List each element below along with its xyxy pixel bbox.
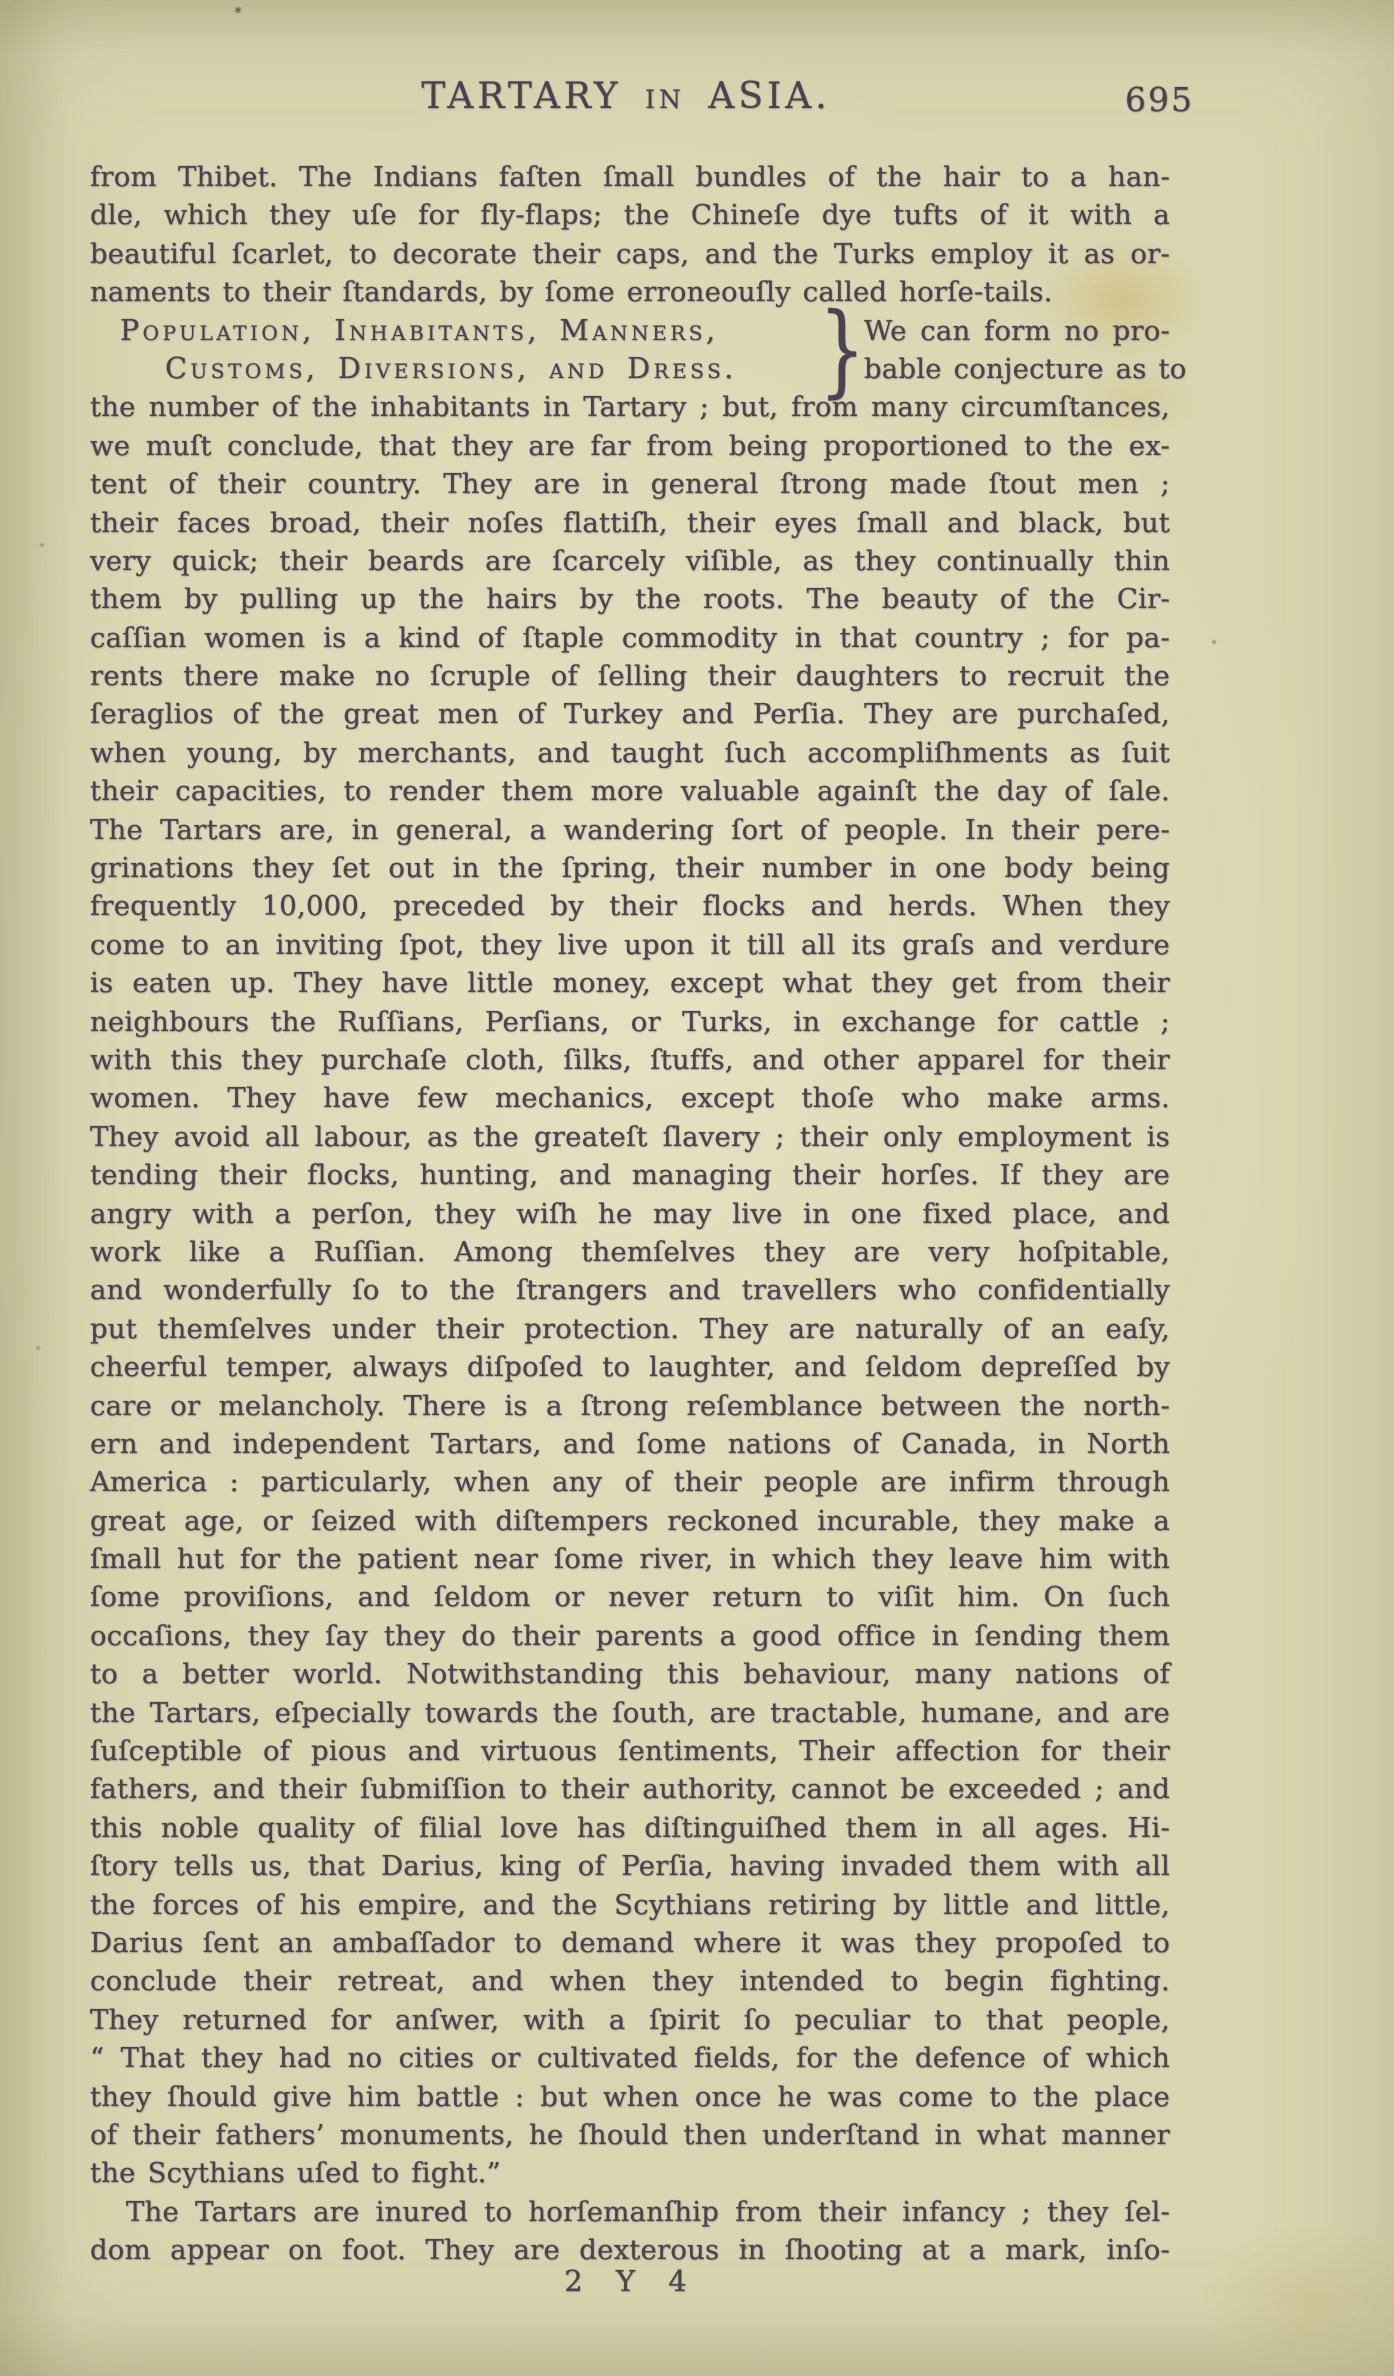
text-line: tending their flocks, hunting, and manag… [90, 1156, 1170, 1194]
text-line: dle, which they uſe for fly-flaps; the C… [90, 196, 1170, 234]
text-line: the Scythians uſed to fight.” [90, 2154, 1170, 2192]
book-page: TARTARY in ASIA. 695 from Thibet. The In… [0, 0, 1394, 2376]
paragraph-horsemanship: The Tartars are inured to horſemanſhip f… [90, 2193, 1170, 2270]
text-line: rents there make no ſcruple of ſelling t… [90, 657, 1170, 695]
section-heading-line-2: Customs, Diversions, and Dress. [90, 350, 812, 388]
text-line: women. They have few mechanics, except t… [90, 1079, 1170, 1117]
text-line: “ That they had no cities or cultivated … [90, 2039, 1170, 2077]
text-line: they ſhould give him battle : but when o… [90, 2078, 1170, 2116]
text-line: conclude their retreat, and when they in… [90, 1962, 1170, 2000]
text-line: we muſt conclude, that they are far from… [90, 427, 1170, 465]
page-header: TARTARY in ASIA. 695 [90, 76, 1170, 122]
section-side-text: We can form no pro- bable conjecture as … [864, 312, 1170, 389]
section-heading-block: Population, Inhabitants, Manners, Custom… [90, 312, 1170, 389]
text-line: frequently 10,000, preceded by their flo… [90, 887, 1170, 925]
text-line: Darius ſent an ambaſſador to demand wher… [90, 1924, 1170, 1962]
paragraph-population: the number of the inhabitants in Tartary… [90, 388, 1170, 2192]
text-line: this noble quality of filial love has di… [90, 1809, 1170, 1847]
text-line: beautiful ſcarlet, to decorate their cap… [90, 235, 1170, 273]
section-heading-lines: Population, Inhabitants, Manners, Custom… [90, 312, 812, 389]
paragraph-continuation: from Thibet. The Indians faſten ſmall bu… [90, 158, 1170, 312]
text-line: ſmall hut for the patient near ſome rive… [90, 1540, 1170, 1578]
side-text-line: bable conjecture as to [864, 350, 1170, 388]
text-line: They avoid all labour, as the greateſt ſ… [90, 1118, 1170, 1156]
text-line: occaſions, they ſay they do their parent… [90, 1617, 1170, 1655]
text-line: caſſian women is a kind of ſtaple commod… [90, 619, 1170, 657]
text-line: is eaten up. They have little money, exc… [90, 964, 1170, 1002]
text-line: great age, or ſeized with diſtempers rec… [90, 1502, 1170, 1540]
page-number: 695 [1125, 80, 1194, 119]
text-line: come to an inviting ſpot, they live upon… [90, 926, 1170, 964]
text-line: grinations they ſet out in the ſpring, t… [90, 849, 1170, 887]
text-line: ſome proviſions, and ſeldom or never ret… [90, 1578, 1170, 1616]
side-text-line: We can form no pro- [864, 312, 1170, 350]
text-line: They returned for anſwer, with a ſpirit … [90, 2001, 1170, 2039]
text-line: ſtory tells us, that Darius, king of Per… [90, 1847, 1170, 1885]
text-line: ſuſceptible of pious and virtuous ſentim… [90, 1732, 1170, 1770]
text-line: their capacities, to render them more va… [90, 772, 1170, 810]
text-line: work like a Ruſſian. Among themſelves th… [90, 1233, 1170, 1271]
text-line: ſeraglios of the great men of Turkey and… [90, 695, 1170, 733]
printers-signature: 2 Y 4 [90, 2264, 1170, 2298]
text-line: and wonderfully ſo to the ſtrangers and … [90, 1271, 1170, 1309]
text-line: put themſelves under their protection. T… [90, 1310, 1170, 1348]
text-line: America : particularly, when any of thei… [90, 1463, 1170, 1501]
section-heading-line-1: Population, Inhabitants, Manners, [90, 312, 812, 350]
text-line: angry with a perſon, they wiſh he may li… [90, 1195, 1170, 1233]
text-line: from Thibet. The Indians faſten ſmall bu… [90, 158, 1170, 196]
text-line: care or melancholy. There is a ſtrong re… [90, 1387, 1170, 1425]
text-line: the number of the inhabitants in Tartary… [90, 388, 1170, 426]
text-line: neighbours the Ruſſians, Perſians, or Tu… [90, 1003, 1170, 1041]
text-line: to a better world. Notwithstanding this … [90, 1655, 1170, 1693]
text-line: with this they purchaſe cloth, ſilks, ſt… [90, 1041, 1170, 1079]
text-line: them by pulling up the hairs by the root… [90, 580, 1170, 618]
text-line: cheerful temper, always diſpoſed to laug… [90, 1348, 1170, 1386]
text-line: very quick; their beards are ſcarcely vi… [90, 542, 1170, 580]
text-line: fathers, and their ſubmiſſion to their a… [90, 1770, 1170, 1808]
text-line: the Tartars, eſpecially towards the ſout… [90, 1694, 1170, 1732]
text-line: the forces of his empire, and the Scythi… [90, 1886, 1170, 1924]
text-line: naments to their ſtandards, by ſome erro… [90, 273, 1170, 311]
text-line: tent of their country. They are in gener… [90, 465, 1170, 503]
brace-glyph: } [819, 314, 856, 391]
text-block: from Thibet. The Indians faſten ſmall bu… [90, 158, 1170, 2270]
text-line: The Tartars are, in general, a wandering… [90, 811, 1170, 849]
text-line: of their fathers’ monuments, he ſhould t… [90, 2116, 1170, 2154]
text-line: when young, by merchants, and taught ſuc… [90, 734, 1170, 772]
text-line: The Tartars are inured to horſemanſhip f… [90, 2193, 1170, 2231]
text-line: ern and independent Tartars, and ſome na… [90, 1425, 1170, 1463]
text-line: their faces broad, their noſes flattiſh,… [90, 504, 1170, 542]
running-head: TARTARY in ASIA. [86, 76, 1166, 117]
